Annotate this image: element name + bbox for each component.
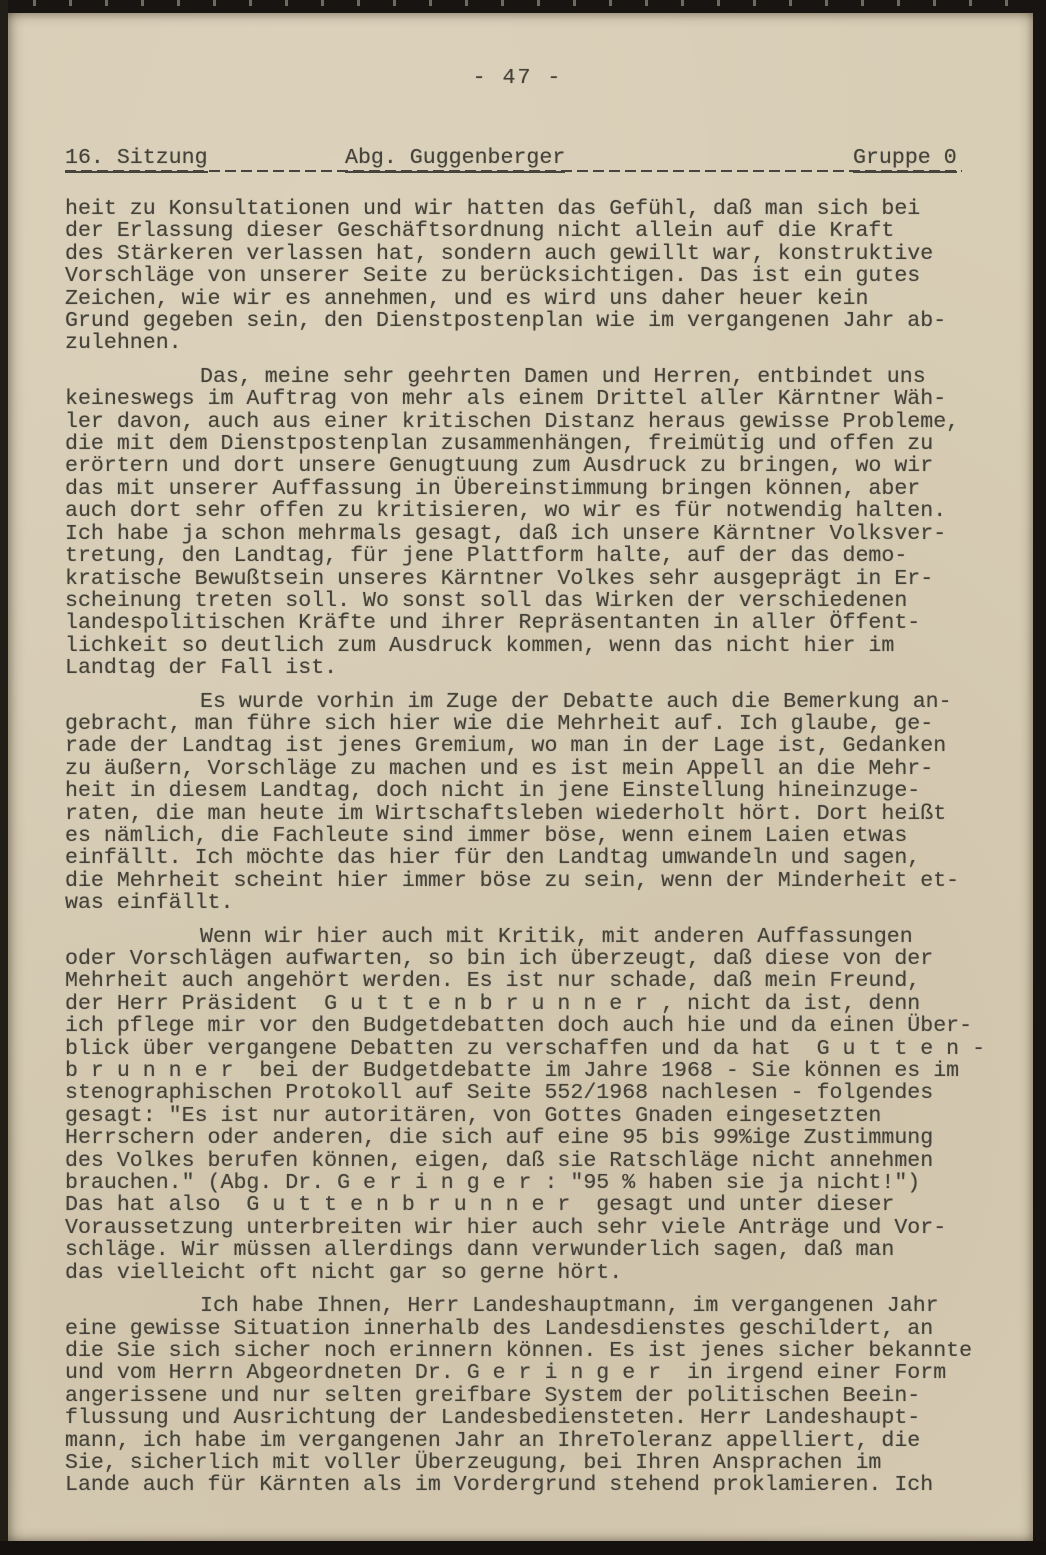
paragraph: Ich habe Ihnen, Herr Landeshauptmann, im… [65, 1295, 1005, 1497]
paragraph: Das, meine sehr geehrten Damen und Herre… [65, 366, 1005, 680]
paragraph: Es wurde vorhin im Zuge der Debatte auch… [65, 691, 1005, 915]
film-strip-bottom-edge [0, 1541, 1046, 1555]
paper-sheet: - 47 - 16. Sitzung Abg. Guggenberger Gru… [8, 13, 1033, 1541]
header-group-label: Gruppe 0 [853, 146, 957, 173]
running-header: 16. Sitzung Abg. Guggenberger Gruppe 0 [65, 146, 962, 173]
header-session-label: 16. Sitzung [65, 146, 208, 173]
paragraph-continuation: heit zu Konsultationen und wir hatten da… [65, 198, 1005, 355]
speech-transcript: heit zu Konsultationen und wir hatten da… [65, 198, 1005, 1497]
film-strip-top-edge [0, 0, 1046, 13]
film-strip-right-edge [1033, 0, 1046, 1555]
page-number: - 47 - [65, 66, 970, 90]
scanned-document-page: - 47 - 16. Sitzung Abg. Guggenberger Gru… [0, 0, 1046, 1555]
film-strip-left-edge [0, 0, 8, 1555]
page-content: - 47 - 16. Sitzung Abg. Guggenberger Gru… [8, 13, 1033, 1497]
header-speaker-label: Abg. Guggenberger [345, 146, 565, 173]
paragraph: Wenn wir hier auch mit Kritik, mit ander… [65, 926, 1005, 1285]
